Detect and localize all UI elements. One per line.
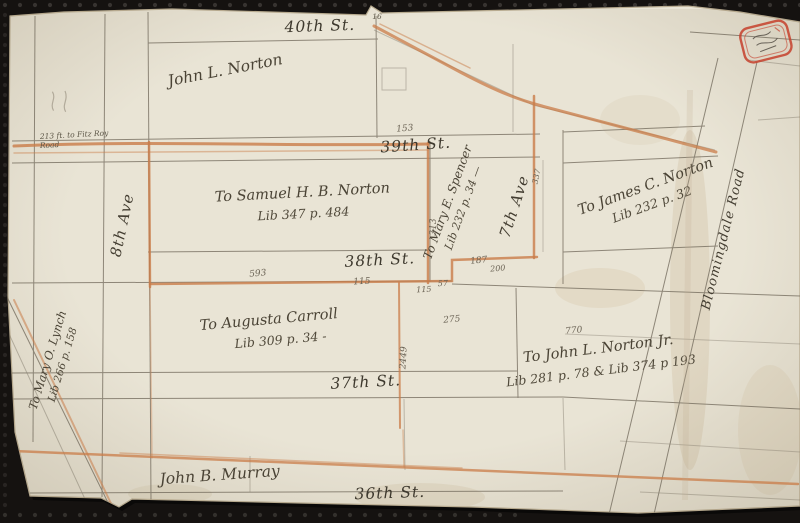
fitzroy-annotation-line2: Road [39, 140, 60, 150]
street-label-36th: 36th St. [354, 483, 425, 503]
measurement-313: 313 [429, 218, 439, 235]
measurement-275: 275 [442, 314, 461, 326]
film-perforations-bottom [0, 511, 520, 523]
map-content: 40th St. 39th St. 38th St. 37th St. 36th… [0, 9, 800, 523]
survey-map-document: 40th St. 39th St. 38th St. 37th St. 36th… [0, 0, 800, 523]
measurement-2449: 2449 [398, 346, 409, 371]
measurement-200: 200 [489, 263, 506, 273]
street-label-38th: 38th St. [344, 249, 415, 271]
measurement-115-right: 115 [416, 285, 432, 295]
street-label-37th: 37th St. [330, 371, 401, 393]
measurement-770: 770 [565, 325, 583, 336]
measurement-16: 16 [372, 12, 382, 21]
survey-map-sheet: 40th St. 39th St. 38th St. 37th St. 36th… [0, 0, 800, 523]
measurement-593: 593 [249, 268, 267, 279]
measurement-57: 57 [438, 279, 450, 289]
measurement-153: 153 [396, 123, 414, 134]
measurement-187: 187 [470, 255, 488, 267]
measurement-115-left: 115 [353, 277, 371, 288]
sanguine-8th-ave [149, 142, 150, 287]
film-perforations-left [0, 10, 9, 510]
sanguine-lot-lower [403, 430, 404, 467]
street-label-40th: 40th St. [283, 16, 355, 36]
